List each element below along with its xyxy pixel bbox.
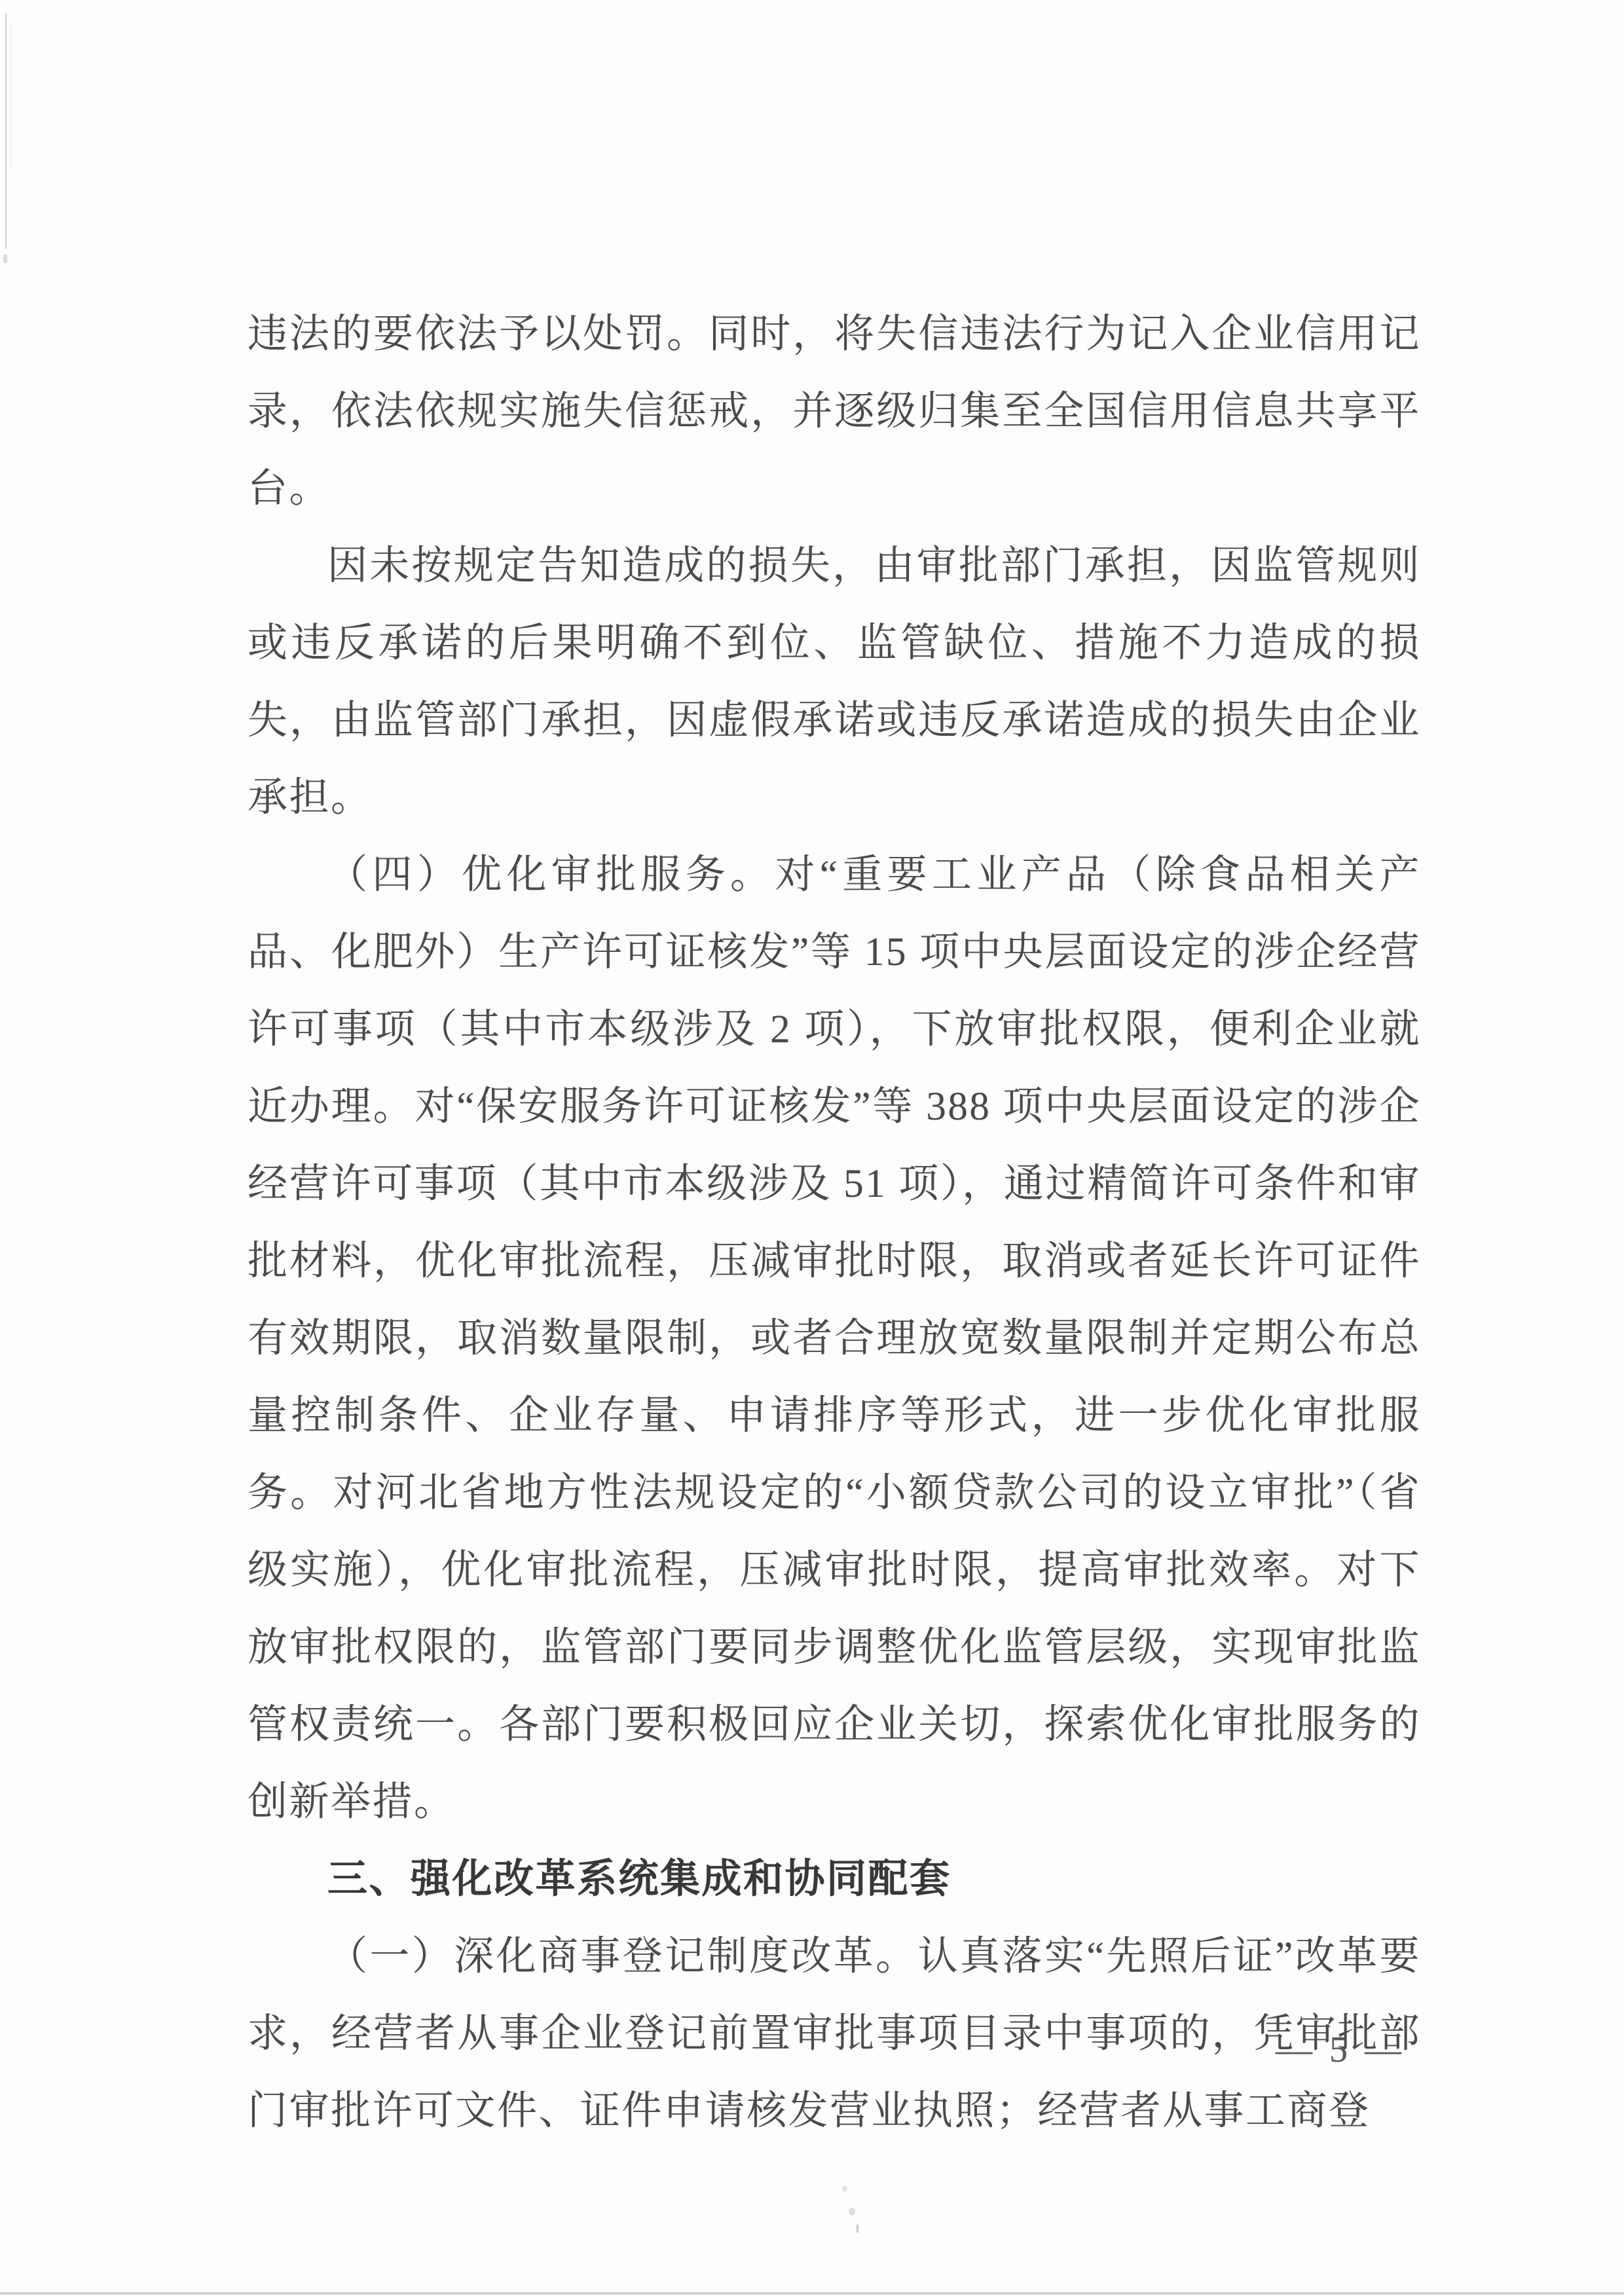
section-heading-reform-integration: 三、强化改革系统集成和协同配套 (248, 1841, 1421, 1918)
scan-artifact-left-speck (3, 254, 7, 263)
scan-artifact-speck-1 (842, 2185, 847, 2192)
scan-artifact-speck-2 (849, 2208, 855, 2215)
document-page: 违法的要依法予以处罚。同时，将失信违法行为记入企业信用记录，依法依规实施失信惩戒… (0, 0, 1624, 2296)
paragraph-credit-punishment-continuation: 违法的要依法予以处罚。同时，将失信违法行为记入企业信用记录，依法依规实施失信惩戒… (248, 296, 1421, 528)
page-number: — 5 — (1276, 2027, 1405, 2073)
paragraph-commercial-registration-reform: （一）深化商事登记制度改革。认真落实“先照后证”改革要求，经营者从事企业登记前置… (248, 1918, 1421, 2150)
scan-artifact-left-edge-line (5, 13, 7, 249)
scan-artifact-bottom-edge (0, 2292, 1624, 2295)
scan-artifact-speck-3 (857, 2225, 858, 2232)
paragraph-optimize-approval-services: （四）优化审批服务。对“重要工业产品（除食品相关产品、化肥外）生产许可证核发”等… (248, 837, 1421, 1841)
document-body-text: 违法的要依法予以处罚。同时，将失信违法行为记入企业信用记录，依法依规实施失信惩戒… (248, 296, 1421, 2150)
scan-artifact-left-edge-line-2 (10, 26, 11, 170)
paragraph-loss-liability: 因未按规定告知造成的损失，由审批部门承担，因监管规则或违反承诺的后果明确不到位、… (248, 528, 1421, 837)
